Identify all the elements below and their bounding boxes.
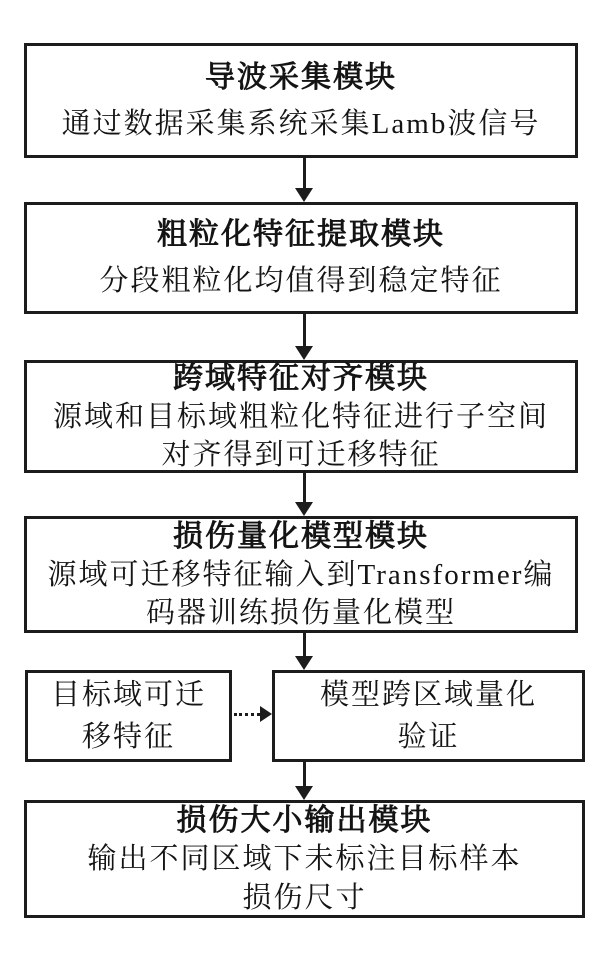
arrow-shaft <box>303 633 306 656</box>
box-text: 目标域可迁 <box>51 674 206 716</box>
box-text: 对齐得到可迁移特征 <box>161 436 440 474</box>
box-title: 损伤大小输出模块 <box>177 801 433 840</box>
arrow-head <box>295 502 313 516</box>
flow-box-guided-wave-acquisition-module: 导波采集模块 通过数据采集系统采集Lamb波信号 <box>24 43 578 158</box>
box-text: 模型跨区域量化 <box>320 674 537 716</box>
flowchart-figure: 导波采集模块 通过数据采集系统采集Lamb波信号 粗粒化特征提取模块 分段粗粒化… <box>0 0 610 960</box>
box-text: 源域可迁移特征输入到Transformer编 <box>48 556 555 594</box>
box-title: 粗粒化特征提取模块 <box>157 212 445 258</box>
arrow-down-icon <box>295 762 313 800</box>
arrow-down-icon <box>295 633 313 670</box>
arrow-down-icon <box>295 473 313 516</box>
box-text: 码器训练损伤量化模型 <box>146 594 456 632</box>
arrow-shaft <box>234 713 260 716</box>
box-text: 分段粗粒化均值得到稳定特征 <box>99 258 502 304</box>
flow-box-target-domain-transferable-features: 目标域可迁 移特征 <box>25 670 232 762</box>
box-text: 损伤尺寸 <box>242 879 366 918</box>
arrow-shaft <box>303 762 306 786</box>
arrow-head <box>295 188 313 202</box>
box-text: 输出不同区域下未标注目标样本 <box>87 840 521 879</box>
box-text: 验证 <box>397 716 459 758</box>
arrow-shaft <box>303 473 306 502</box>
arrow-head <box>295 656 313 670</box>
arrow-head <box>260 706 272 722</box>
box-title: 导波采集模块 <box>205 55 397 101</box>
arrow-head <box>295 346 313 360</box>
dotted-arrow-right-icon <box>234 706 272 722</box>
arrow-shaft <box>303 314 306 346</box>
box-text: 移特征 <box>82 716 175 758</box>
flow-box-damage-size-output-module: 损伤大小输出模块 输出不同区域下未标注目标样本 损伤尺寸 <box>24 800 585 918</box>
flow-box-coarse-graining-feature-extraction-module: 粗粒化特征提取模块 分段粗粒化均值得到稳定特征 <box>24 202 578 314</box>
box-title: 跨域特征对齐模块 <box>173 360 429 398</box>
arrow-down-icon <box>295 314 313 360</box>
flow-box-cross-domain-feature-alignment-module: 跨域特征对齐模块 源域和目标域粗粒化特征进行子空间 对齐得到可迁移特征 <box>24 360 578 473</box>
arrow-head <box>295 786 313 800</box>
flow-box-damage-quantification-model-module: 损伤量化模型模块 源域可迁移特征输入到Transformer编 码器训练损伤量化… <box>24 516 578 633</box>
arrow-shaft <box>303 158 306 188</box>
box-text: 通过数据采集系统采集Lamb波信号 <box>62 101 541 147</box>
arrow-down-icon <box>295 158 313 202</box>
flow-box-cross-region-quantification-validation: 模型跨区域量化 验证 <box>272 670 585 762</box>
box-text: 源域和目标域粗粒化特征进行子空间 <box>53 398 549 436</box>
box-title: 损伤量化模型模块 <box>173 518 429 556</box>
